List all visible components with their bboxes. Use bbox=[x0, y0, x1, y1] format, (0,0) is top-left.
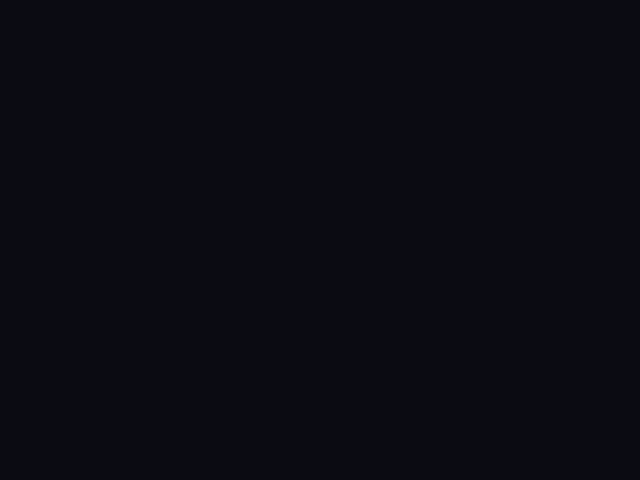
museum-photo bbox=[0, 0, 640, 480]
photo-canvas bbox=[0, 0, 640, 480]
